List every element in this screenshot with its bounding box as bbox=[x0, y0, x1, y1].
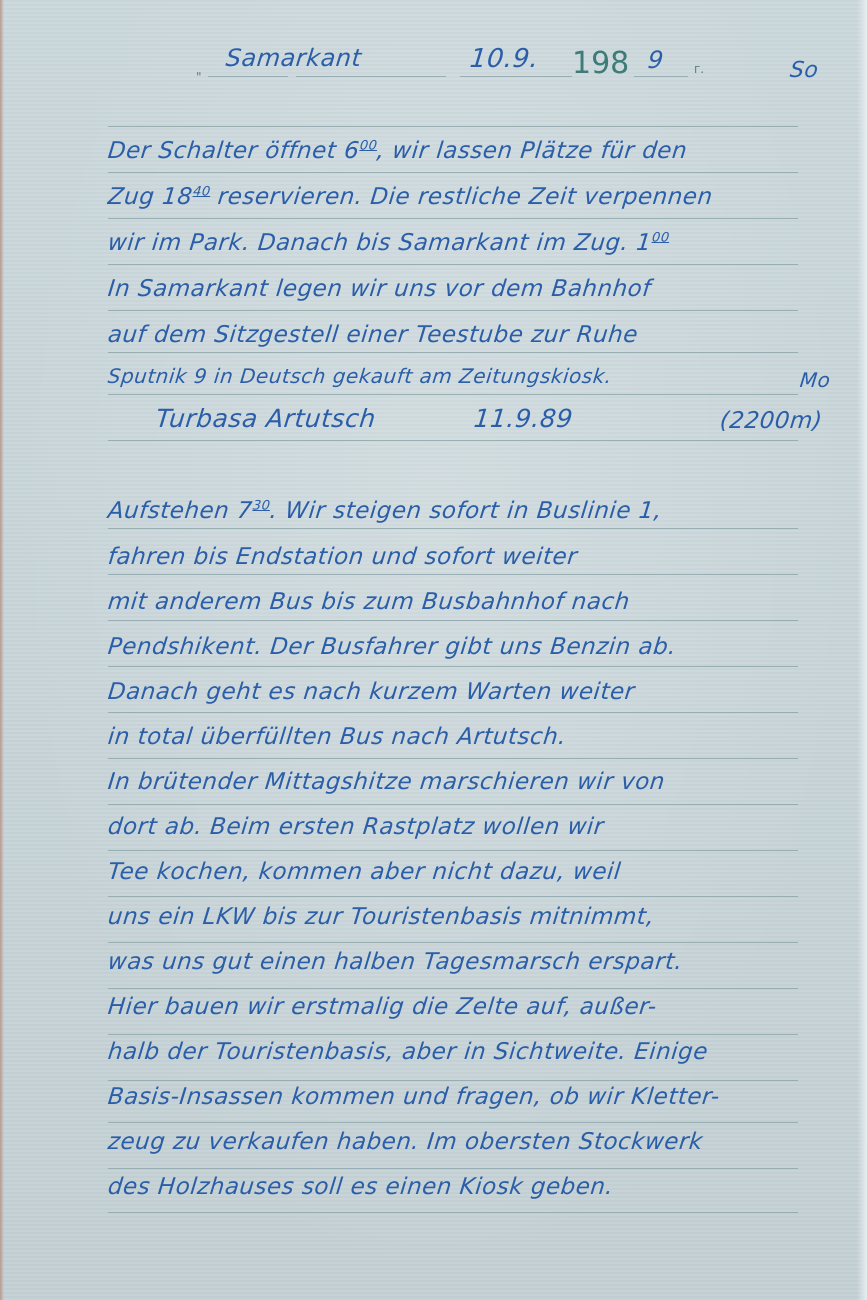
entry2-time-sup: 30 bbox=[252, 498, 271, 513]
entry2-line-6: in total überfüllten Bus nach Artutsch. bbox=[107, 724, 568, 750]
header-rule-year bbox=[634, 76, 688, 77]
header-rule-date bbox=[460, 76, 572, 77]
ruled-line bbox=[108, 942, 798, 943]
entry1-line-3: wir im Park. Danach bis Samarkant im Zug… bbox=[107, 230, 671, 256]
header-year-suffix: г. bbox=[694, 62, 704, 76]
entry1-line-6: Sputnik 9 in Deutsch gekauft am Zeitungs… bbox=[107, 364, 613, 388]
entry2-heading-place: Turbasa Artutsch bbox=[154, 404, 377, 433]
ruled-line bbox=[108, 988, 798, 989]
entry1-line-4: In Samarkant legen wir uns vor dem Bahnh… bbox=[107, 276, 653, 302]
entry1-line-1-text: Der Schalter öffnet 6 bbox=[107, 138, 361, 164]
entry2-line-14: Basis-Insassen kommen und fragen, ob wir… bbox=[107, 1084, 721, 1110]
entry2-line-4: Pendshikent. Der Busfahrer gibt uns Benz… bbox=[107, 634, 678, 660]
entry1-line-2-text: Zug 18 bbox=[107, 184, 194, 210]
header-date: 10.9. bbox=[468, 44, 540, 74]
header-year-digit: 9 bbox=[647, 46, 666, 74]
entry2-line-7: In brütender Mittagshitze marschieren wi… bbox=[107, 769, 667, 795]
ruled-line bbox=[108, 1168, 798, 1169]
entry2-line-9: Tee kochen, kommen aber nicht dazu, weil bbox=[107, 859, 623, 885]
ruled-line bbox=[108, 218, 798, 219]
entry1-time-sup-2: 40 bbox=[192, 184, 211, 199]
entry1-line-2-rest: reservieren. Die restliche Zeit verpenne… bbox=[209, 184, 714, 210]
ruled-line bbox=[108, 758, 798, 759]
diary-page: " Samarkant 10.9. 198 9 г. So Der Schalt… bbox=[0, 0, 867, 1300]
entry2-heading-altitude: (2200m) bbox=[719, 408, 824, 434]
header-rule-day bbox=[208, 76, 288, 77]
entry1-line-3-text: wir im Park. Danach bis Samarkant im Zug… bbox=[107, 230, 653, 256]
header-place: Samarkant bbox=[225, 44, 364, 72]
entry1-time-sup: 00 bbox=[359, 138, 378, 153]
header-quote-mark: " bbox=[196, 70, 202, 84]
entry2-line-5: Danach geht es nach kurzem Warten weiter bbox=[107, 679, 636, 705]
ruled-line bbox=[108, 620, 798, 621]
entry2-line-1-a: Aufstehen 7 bbox=[107, 498, 254, 524]
ruled-line bbox=[108, 666, 798, 667]
header-rule-month bbox=[296, 76, 446, 77]
ruled-line bbox=[108, 172, 798, 173]
ruled-line bbox=[108, 126, 798, 127]
entry2-line-1-b: . Wir steigen sofort in Buslinie 1, bbox=[268, 498, 663, 524]
ruled-line bbox=[108, 1212, 798, 1213]
entry1-line-2: Zug 1840 reservieren. Die restliche Zeit… bbox=[107, 184, 714, 210]
entry1-line-1-rest: , wir lassen Plätze für den bbox=[376, 138, 689, 164]
entry2-line-8: dort ab. Beim ersten Rastplatz wollen wi… bbox=[107, 814, 606, 840]
page-edge-right bbox=[857, 0, 867, 1300]
ruled-line bbox=[108, 1034, 798, 1035]
entry2-heading-date: 11.9.89 bbox=[472, 404, 574, 433]
entry2-line-10: uns ein LKW bis zur Touristenbasis mitni… bbox=[107, 904, 656, 930]
ruled-line bbox=[108, 528, 798, 529]
ruled-line bbox=[108, 896, 798, 897]
ruled-line bbox=[108, 310, 798, 311]
ruled-line bbox=[108, 850, 798, 851]
ruled-line bbox=[108, 712, 798, 713]
entry2-line-16: des Holzhauses soll es einen Kiosk geben… bbox=[107, 1174, 615, 1200]
ruled-line bbox=[108, 1080, 798, 1081]
entry1-line-5: auf dem Sitzgestell einer Teestube zur R… bbox=[107, 322, 640, 348]
ruled-line bbox=[108, 264, 798, 265]
ruled-line bbox=[108, 804, 798, 805]
entry1-weekday-margin: Mo bbox=[799, 368, 832, 392]
header-weekday: So bbox=[789, 58, 820, 83]
entry2-line-11: was uns gut einen halben Tagesmarsch ers… bbox=[107, 949, 684, 975]
entry2-line-13: halb der Touristenbasis, aber in Sichtwe… bbox=[107, 1039, 710, 1065]
ruled-line bbox=[108, 1122, 798, 1123]
entry1-time-sup-3: 00 bbox=[651, 230, 670, 245]
entry1-line-1: Der Schalter öffnet 600, wir lassen Plät… bbox=[107, 138, 689, 164]
entry2-line-15: zeug zu verkaufen haben. Im obersten Sto… bbox=[107, 1129, 705, 1155]
ruled-line bbox=[108, 352, 798, 353]
entry2-line-12: Hier bauen wir erstmalig die Zelte auf, … bbox=[107, 994, 658, 1020]
header-year-printed: 198 bbox=[572, 46, 629, 81]
entry2-line-3: mit anderem Bus bis zum Busbahnhof nach bbox=[107, 589, 632, 615]
entry2-line-2: fahren bis Endstation und sofort weiter bbox=[107, 544, 579, 570]
ruled-line bbox=[108, 394, 798, 395]
page-edge-left bbox=[0, 0, 4, 1300]
ruled-line bbox=[108, 440, 798, 441]
entry2-line-1: Aufstehen 730. Wir steigen sofort in Bus… bbox=[107, 498, 664, 524]
ruled-line bbox=[108, 574, 798, 575]
